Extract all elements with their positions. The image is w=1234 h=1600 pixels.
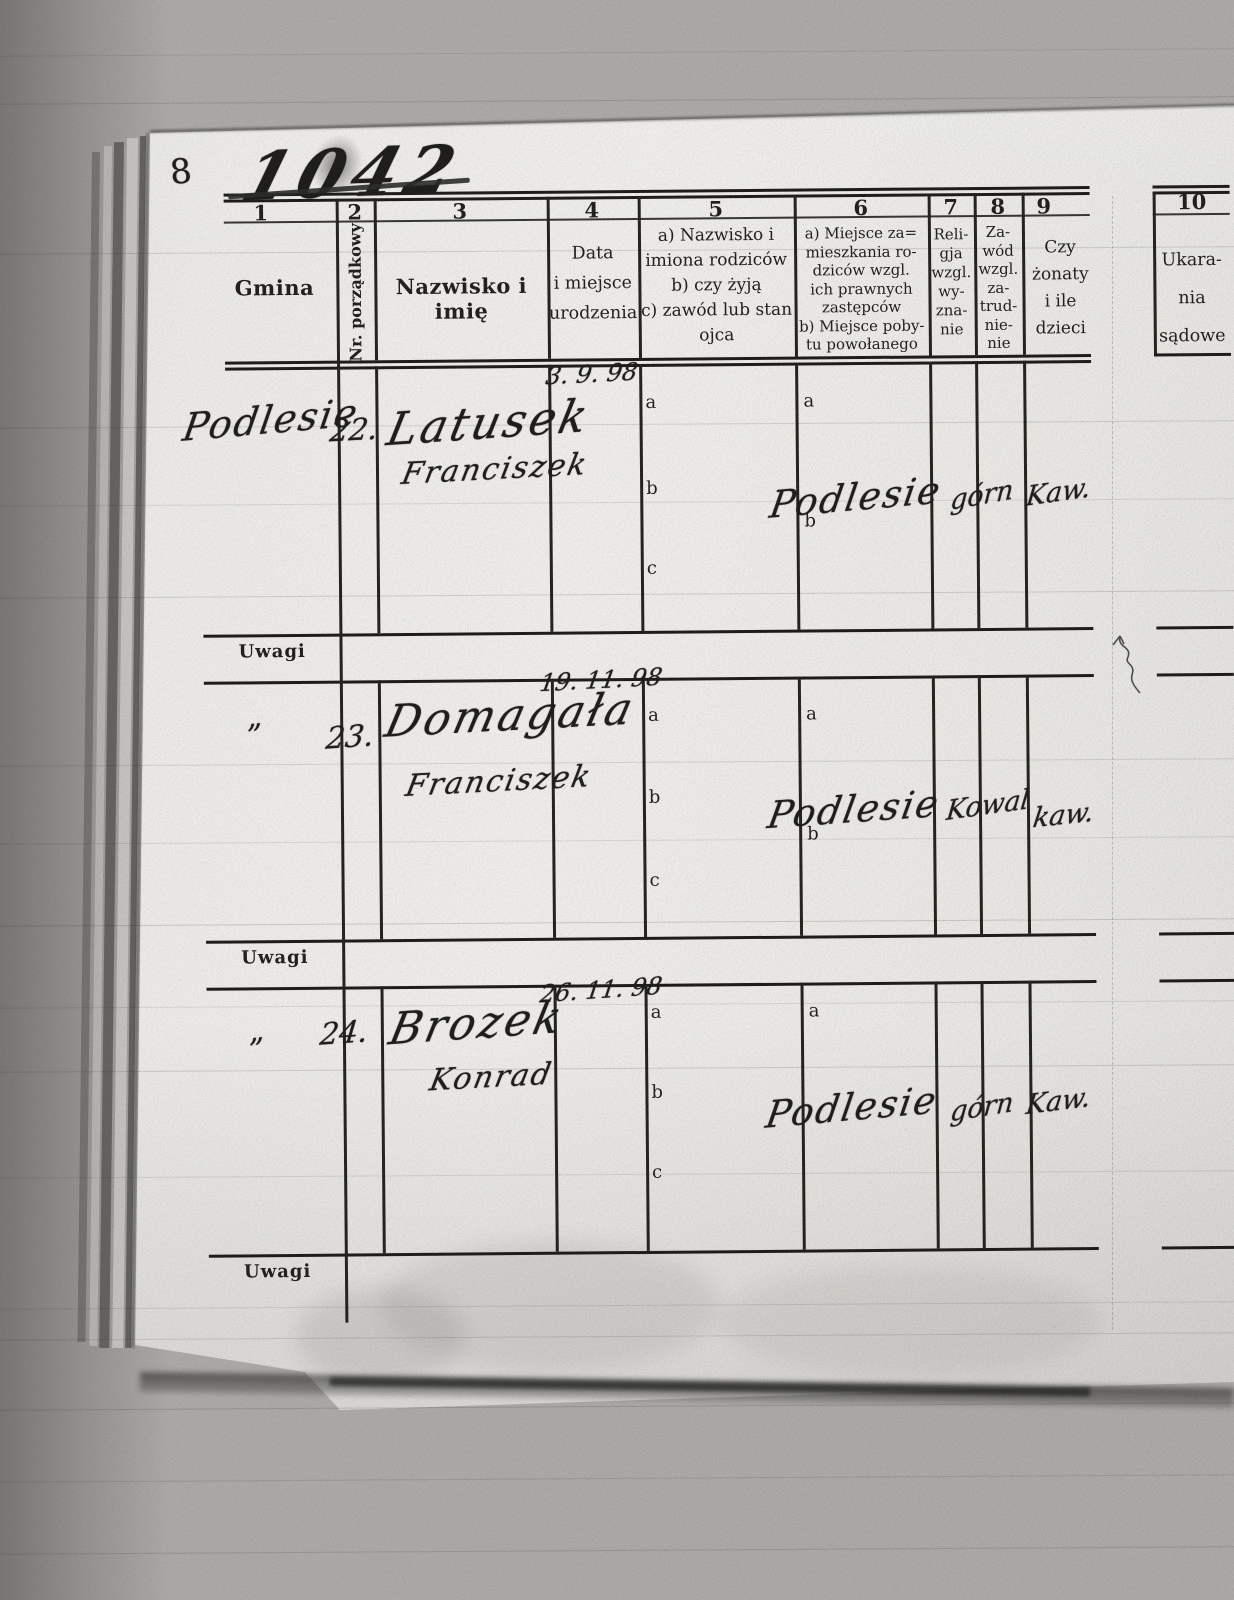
cell-letter-a: a: [803, 390, 814, 411]
column-header-nr-porzadkowy: Nr. porządkowy: [345, 223, 365, 362]
record-nr: 22.: [328, 412, 380, 450]
table-line-h: [1159, 979, 1234, 983]
column-header-zawod: Za- wód wzgl. za- trud- nie- nie: [974, 223, 1023, 353]
column-header-ukarania: Ukara- nia sądowe: [1153, 241, 1231, 356]
cell-letter-b: b: [651, 1082, 663, 1103]
column-header-miejsce-zamieszkania: a) Miejsce za= mieszkania ro- dziców wzg…: [794, 223, 929, 354]
table-line-h: [203, 627, 1093, 638]
page-fold-line: [1112, 196, 1113, 1330]
table-line-h: [1153, 185, 1230, 189]
column-number-6: 6: [853, 195, 868, 220]
record-nr: 23.: [324, 718, 375, 757]
column-header-religja: Reli- gja wzgl. wy- zna- nie: [928, 225, 975, 339]
cell-letter-c: c: [649, 870, 659, 891]
table-line-v: [644, 984, 649, 1251]
record-given-name: Konrad: [427, 1057, 556, 1099]
column-header-czy-zonaty: Czy żonaty i ile dzieci: [1022, 234, 1099, 343]
uwagi-label: Uwagi: [241, 947, 308, 969]
table-line-v: [639, 364, 644, 631]
table-line-h: [209, 1247, 1099, 1258]
page-corner-number: 8: [168, 151, 194, 193]
uwagi-label: Uwagi: [238, 641, 305, 663]
table-line-v: [380, 986, 385, 1253]
column-number-9: 9: [1036, 193, 1051, 218]
record-nr: 24.: [318, 1014, 369, 1053]
column-number-4: 4: [584, 197, 599, 222]
column-number-5: 5: [708, 196, 723, 221]
uwagi-label: Uwagi: [244, 1261, 311, 1283]
table-line-v: [378, 680, 383, 939]
cell-letter-a: a: [806, 703, 817, 724]
scanned-register-page: 1 2 3 4 5 6 7 8 9 10 Gmina Nr. porządkow…: [0, 0, 1234, 1600]
cell-letter-a: a: [648, 705, 659, 726]
table-line-v: [642, 678, 647, 937]
column-header-rodzice: a) Nazwisko i imiona rodziców b) czy żyj…: [638, 223, 795, 349]
column-number-8: 8: [990, 194, 1005, 219]
cell-letter-b: b: [649, 787, 661, 808]
record-gmina-ditto: „: [246, 1013, 265, 1049]
column-header-gmina: Gmina: [202, 275, 346, 301]
table-line-h: [206, 933, 1096, 944]
column-header-nazwisko: Nazwisko i imię: [378, 273, 544, 324]
record-birth-date: 3. 9. 98: [544, 357, 640, 390]
column-number-10: 10: [1177, 189, 1206, 214]
table-line-v: [375, 366, 380, 633]
table-line-h: [1156, 626, 1233, 630]
ink-squiggle-mark: [1105, 630, 1147, 702]
column-number-3: 3: [452, 198, 467, 223]
cell-letter-c: c: [647, 558, 657, 579]
record-gmina-ditto: „: [244, 699, 263, 735]
cell-letter-b: b: [646, 478, 658, 499]
table-line-h: [1162, 1246, 1234, 1250]
table-line-h: [1157, 673, 1234, 677]
cell-letter-c: c: [652, 1162, 662, 1183]
column-number-7: 7: [943, 194, 958, 219]
register-table: 1 2 3 4 5 6 7 8 9 10 Gmina Nr. porządkow…: [0, 0, 1234, 1600]
cell-letter-a: a: [651, 1002, 662, 1023]
cell-letter-a: a: [645, 392, 656, 413]
table-line-h: [1159, 932, 1234, 936]
ledger-number: 1042: [234, 130, 472, 216]
column-header-data-urodzenia: Data i miejsce urodzenia: [547, 238, 639, 329]
